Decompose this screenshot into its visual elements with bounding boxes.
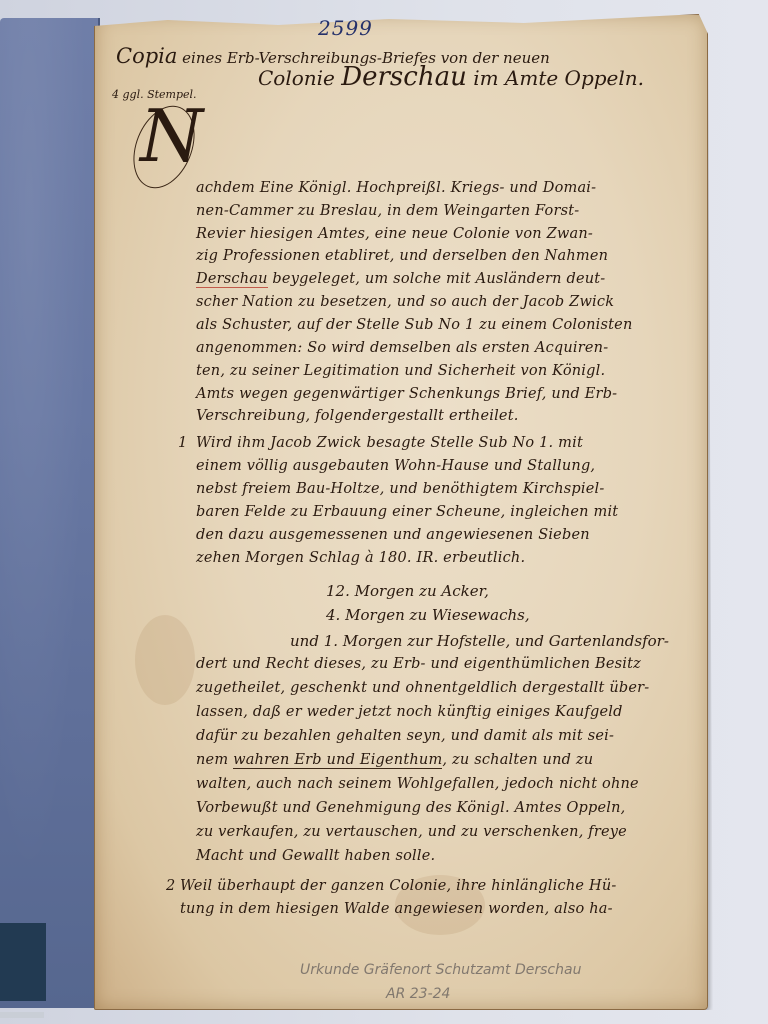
continuation-text: nem <box>196 752 233 768</box>
item-1-line: Wird ihm Jacob Zwick besagte Stelle Sub … <box>196 435 583 451</box>
item-1-continuation: dert und Recht dieses, zu Erb- und eigen… <box>196 656 641 672</box>
item-2-line: Weil überhaupt der ganzen Colonie, ihre … <box>180 878 617 894</box>
preamble-line: ten, zu seiner Legitimation und Sicherhe… <box>196 363 605 379</box>
item-1-continuation: walten, auch nach seinem Wohlgefallen, j… <box>196 776 639 792</box>
document-title-line-2: Colonie Derschau im Amte Oppeln. <box>258 62 644 92</box>
item-number: 2 <box>166 878 175 894</box>
preamble-line: Revier hiesigen Amtes, eine neue Colonie… <box>196 226 593 242</box>
item-1-line: zehen Morgen Schlag à 180. IR. erbeutlic… <box>196 550 525 566</box>
item-1-continuation: zu verkaufen, zu vertauschen, und zu ver… <box>196 824 627 840</box>
paper-stain <box>135 615 195 705</box>
item-1-line: den dazu ausgemessenen und angewiesenen … <box>196 527 590 543</box>
pencil-annotation-shelfmark: AR 23-24 <box>386 986 450 1002</box>
item-1-continuation: zugetheilet, geschenkt und ohnentgeldlic… <box>196 680 649 696</box>
preamble-line: nen-Cammer zu Breslau, in dem Weingarten… <box>196 203 579 219</box>
item-1-continuation: Macht und Gewallt haben solle. <box>196 848 435 864</box>
preamble-line: Derschau beygeleget, um solche mit Auslä… <box>196 271 605 287</box>
preamble-line: achdem Eine Königl. Hochpreißl. Kriegs- … <box>196 180 596 196</box>
preamble-line: Amts wegen gegenwärtiger Schenkungs Brie… <box>196 386 617 402</box>
land-allotment-line: 12. Morgen zu Acker, <box>326 582 489 600</box>
archive-number: 2599 <box>318 16 373 40</box>
cover-edge-strip <box>0 1012 44 1018</box>
title-colonie: Colonie <box>258 66 335 90</box>
item-1-continuation: lassen, daß er weder jetzt noch künftig … <box>196 704 623 720</box>
title-colony-name: Derschau <box>341 62 467 92</box>
item-1-line: nebst freiem Bau-Holtze, und benöthigtem… <box>196 481 604 497</box>
preamble-line: zig Professionen etabliret, und derselbe… <box>196 248 608 264</box>
colony-name-underlined: Derschau <box>196 271 268 288</box>
item-1-line: baren Felde zu Erbauung einer Scheune, i… <box>196 504 618 520</box>
item-1-continuation: Vorbewußt und Genehmigung des Königl. Am… <box>196 800 625 816</box>
preamble-line: als Schuster, auf der Stelle Sub No 1 zu… <box>196 317 633 333</box>
item-1-continuation: nem wahren Erb und Eigenthum, zu schalte… <box>196 752 593 768</box>
photo-scene: 2599 Copia eines Erb-Verschreibungs-Brie… <box>0 0 768 1024</box>
preamble-line: angenommen: So wird demselben als ersten… <box>196 340 608 356</box>
cover-label-patch <box>0 923 46 1001</box>
preamble-line-rest: beygeleget, um solche mit Ausländern deu… <box>268 271 606 287</box>
land-allotment-line: 4. Morgen zu Wiesewachs, <box>326 606 530 624</box>
item-1-continuation: dafür zu bezahlen gehalten seyn, und dam… <box>196 728 614 744</box>
title-copia: Copia <box>116 44 177 68</box>
underlined-phrase: wahren Erb und Eigenthum <box>233 752 442 769</box>
title-line-2-text: im Amte Oppeln. <box>473 66 644 90</box>
blue-folder-cover <box>0 18 100 1008</box>
item-number: 1 <box>178 435 187 451</box>
pencil-annotation-archive-title: Urkunde Gräfenort Schutzamt Derschau <box>300 962 581 978</box>
item-2-line: tung in dem hiesigen Walde angewiesen wo… <box>180 901 613 917</box>
preamble-line: scher Nation zu besetzen, und so auch de… <box>196 294 614 310</box>
land-allotment-line: und 1. Morgen zur Hofstelle, und Gartenl… <box>290 632 669 650</box>
continuation-text: , zu schalten und zu <box>442 752 593 768</box>
preamble-line: Verschreibung, folgendergestallt ertheil… <box>196 408 519 424</box>
item-1-line: einem völlig ausgebauten Wohn-Hause und … <box>196 458 595 474</box>
